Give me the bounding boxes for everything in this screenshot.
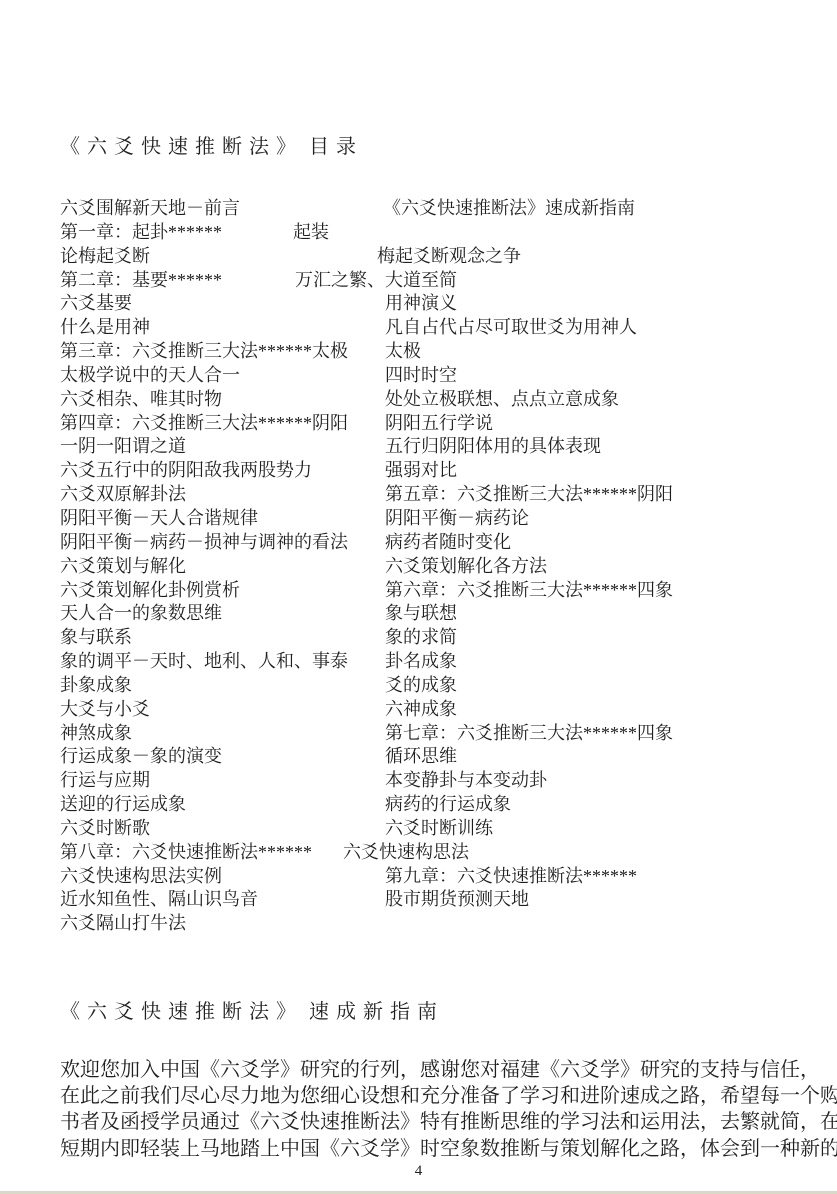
toc-right-entry: 起装 xyxy=(293,221,329,245)
toc-left-entry: 近水知鱼性、隔山识鸟音 xyxy=(60,888,258,912)
toc-left-entry: 第四章：六爻推断三大法******阴阳 xyxy=(60,412,348,436)
toc-row: 大爻与小爻六神成象 xyxy=(60,698,800,722)
toc-right-entry: 象的求简 xyxy=(385,626,457,650)
toc-row: 行运成象－象的演变循环思维 xyxy=(60,745,800,769)
toc-right-entry: 第七章：六爻推断三大法******四象 xyxy=(385,722,673,746)
toc-right-entry: 股市期货预测天地 xyxy=(385,888,529,912)
document-page: 《 六 爻 快 速 推 断 法 》 目 录 六爻围解新天地－前言《六爻快速推断法… xyxy=(0,0,837,1194)
toc-left-entry: 第三章：六爻推断三大法******太极 xyxy=(60,340,348,364)
toc-left-entry: 第一章：起卦****** xyxy=(60,221,222,245)
toc-right-entry: 太极 xyxy=(385,340,421,364)
intro-line: 欢迎您加入中国《六爻学》研究的行列，感谢您对福建《六爻学》研究的支持与信任， xyxy=(60,1057,790,1083)
toc-right-entry: 本变静卦与本变动卦 xyxy=(385,769,547,793)
toc-row: 六爻双原解卦法第五章：六爻推断三大法******阴阳 xyxy=(60,483,800,507)
toc-row: 第一章：起卦******起装 xyxy=(60,221,800,245)
toc-left-entry: 卦象成象 xyxy=(60,674,132,698)
toc-left-entry: 六爻围解新天地－前言 xyxy=(60,197,240,221)
toc-right-entry: 凡自占代占尽可取世爻为用神人 xyxy=(385,316,637,340)
toc-left-entry: 第二章：基要****** xyxy=(60,269,222,293)
toc-left-entry: 论梅起爻断 xyxy=(60,245,150,269)
toc-left-entry: 六爻相杂、唯其时物 xyxy=(60,388,222,412)
toc-left-entry: 神煞成象 xyxy=(60,722,132,746)
toc-left-entry: 六爻时断歌 xyxy=(60,817,150,841)
toc-left-entry: 一阴一阳谓之道 xyxy=(60,435,186,459)
toc-left-entry: 六爻隔山打牛法 xyxy=(60,912,186,936)
toc-right-entry: 六爻策划解化各方法 xyxy=(385,555,547,579)
intro-line: 书者及函授学员通过《六爻快速推断法》特有推断思维的学习法和运用法，去繁就简，在 xyxy=(60,1109,790,1135)
toc-row: 六爻策划与解化六爻策划解化各方法 xyxy=(60,555,800,579)
toc-row: 阴阳平衡－病药－损神与调神的看法病药者随时变化 xyxy=(60,531,800,555)
toc-right-entry: 第九章：六爻快速推断法****** xyxy=(385,865,637,889)
toc-row: 太极学说中的天人合一四时时空 xyxy=(60,364,800,388)
intro-line: 短期内即轻装上马地踏上中国《六爻学》时空象数推断与策划解化之路，体会到一种新的 xyxy=(60,1136,790,1162)
intro-paragraph: 欢迎您加入中国《六爻学》研究的行列，感谢您对福建《六爻学》研究的支持与信任， 在… xyxy=(60,1057,790,1162)
toc-right-entry: 六爻时断训练 xyxy=(385,817,493,841)
toc-row: 论梅起爻断梅起爻断观念之争 xyxy=(60,245,800,269)
toc-right-entry: 处处立极联想、点点立意成象 xyxy=(385,388,619,412)
toc-right-entry: 梅起爻断观念之争 xyxy=(377,245,521,269)
toc-row: 什么是用神凡自占代占尽可取世爻为用神人 xyxy=(60,316,800,340)
toc-right-entry: 四时时空 xyxy=(385,364,457,388)
toc-row: 天人合一的象数思维象与联想 xyxy=(60,602,800,626)
toc-row: 第四章：六爻推断三大法******阴阳阴阳五行学说 xyxy=(60,412,800,436)
toc-right-entry: 六爻快速构思法 xyxy=(343,841,469,865)
toc-left-entry: 六爻双原解卦法 xyxy=(60,483,186,507)
toc-title: 《 六 爻 快 速 推 断 法 》 目 录 xyxy=(60,130,357,159)
toc-left-entry: 阴阳平衡－天人合谐规律 xyxy=(60,507,258,531)
toc-right-entry: 第五章：六爻推断三大法******阴阳 xyxy=(385,483,673,507)
page-number: 4 xyxy=(0,1163,837,1180)
toc-row: 象与联系象的求简 xyxy=(60,626,800,650)
guide-section-title: 《 六 爻 快 速 推 断 法 》 速 成 新 指 南 xyxy=(60,995,438,1024)
toc-left-entry: 太极学说中的天人合一 xyxy=(60,364,240,388)
toc-row: 六爻相杂、唯其时物处处立极联想、点点立意成象 xyxy=(60,388,800,412)
toc-right-entry: 强弱对比 xyxy=(385,459,457,483)
toc: 六爻围解新天地－前言《六爻快速推断法》速成新指南第一章：起卦******起装论梅… xyxy=(60,197,800,936)
toc-row: 六爻基要用神演义 xyxy=(60,292,800,316)
toc-row: 阴阳平衡－天人合谐规律阴阳平衡－病药论 xyxy=(60,507,800,531)
toc-row: 六爻快速构思法实例第九章：六爻快速推断法****** xyxy=(60,865,800,889)
toc-row: 第二章：基要******万汇之繁、大道至简 xyxy=(60,269,800,293)
toc-row: 神煞成象第七章：六爻推断三大法******四象 xyxy=(60,722,800,746)
toc-right-entry: 循环思维 xyxy=(385,745,457,769)
intro-line: 在此之前我们尽心尽力地为您细心设想和充分准备了学习和进阶速成之路，希望每一个购 xyxy=(60,1083,790,1109)
toc-left-entry: 阴阳平衡－病药－损神与调神的看法 xyxy=(60,531,348,555)
toc-right-entry: 阴阳平衡－病药论 xyxy=(385,507,529,531)
toc-row: 六爻隔山打牛法 xyxy=(60,912,800,936)
toc-row: 六爻策划解化卦例赏析第六章：六爻推断三大法******四象 xyxy=(60,579,800,603)
toc-left-entry: 行运与应期 xyxy=(60,769,150,793)
toc-row: 六爻围解新天地－前言《六爻快速推断法》速成新指南 xyxy=(60,197,800,221)
toc-left-entry: 六爻策划解化卦例赏析 xyxy=(60,579,240,603)
toc-right-entry: 《六爻快速推断法》速成新指南 xyxy=(383,197,635,221)
toc-right-entry: 病药的行运成象 xyxy=(385,793,511,817)
toc-right-entry: 用神演义 xyxy=(385,292,457,316)
toc-left-entry: 象的调平－天时、地利、人和、事泰 xyxy=(60,650,348,674)
toc-row: 近水知鱼性、隔山识鸟音股市期货预测天地 xyxy=(60,888,800,912)
toc-left-entry: 六爻基要 xyxy=(60,292,132,316)
toc-left-entry: 什么是用神 xyxy=(60,316,150,340)
toc-row: 第三章：六爻推断三大法******太极太极 xyxy=(60,340,800,364)
toc-right-entry: 五行归阴阳体用的具体表现 xyxy=(385,435,601,459)
toc-right-entry: 万汇之繁、大道至简 xyxy=(295,269,457,293)
toc-right-entry: 阴阳五行学说 xyxy=(385,412,493,436)
toc-right-entry: 象与联想 xyxy=(385,602,457,626)
toc-left-entry: 六爻快速构思法实例 xyxy=(60,865,222,889)
toc-left-entry: 六爻策划与解化 xyxy=(60,555,186,579)
toc-left-entry: 第八章：六爻快速推断法****** xyxy=(60,841,312,865)
toc-left-entry: 大爻与小爻 xyxy=(60,698,150,722)
toc-right-entry: 卦名成象 xyxy=(385,650,457,674)
toc-right-entry: 第六章：六爻推断三大法******四象 xyxy=(385,579,673,603)
toc-row: 行运与应期本变静卦与本变动卦 xyxy=(60,769,800,793)
toc-left-entry: 行运成象－象的演变 xyxy=(60,745,222,769)
toc-row: 六爻时断歌六爻时断训练 xyxy=(60,817,800,841)
toc-right-entry: 爻的成象 xyxy=(385,674,457,698)
toc-left-entry: 六爻五行中的阴阳敌我两股势力 xyxy=(60,459,312,483)
toc-left-entry: 象与联系 xyxy=(60,626,132,650)
toc-row: 第八章：六爻快速推断法******六爻快速构思法 xyxy=(60,841,800,865)
toc-row: 象的调平－天时、地利、人和、事泰卦名成象 xyxy=(60,650,800,674)
toc-right-entry: 病药者随时变化 xyxy=(385,531,511,555)
toc-left-entry: 天人合一的象数思维 xyxy=(60,602,222,626)
toc-row: 六爻五行中的阴阳敌我两股势力强弱对比 xyxy=(60,459,800,483)
toc-left-entry: 送迎的行运成象 xyxy=(60,793,186,817)
toc-row: 卦象成象爻的成象 xyxy=(60,674,800,698)
toc-right-entry: 六神成象 xyxy=(385,698,457,722)
toc-row: 一阴一阳谓之道五行归阴阳体用的具体表现 xyxy=(60,435,800,459)
toc-row: 送迎的行运成象病药的行运成象 xyxy=(60,793,800,817)
